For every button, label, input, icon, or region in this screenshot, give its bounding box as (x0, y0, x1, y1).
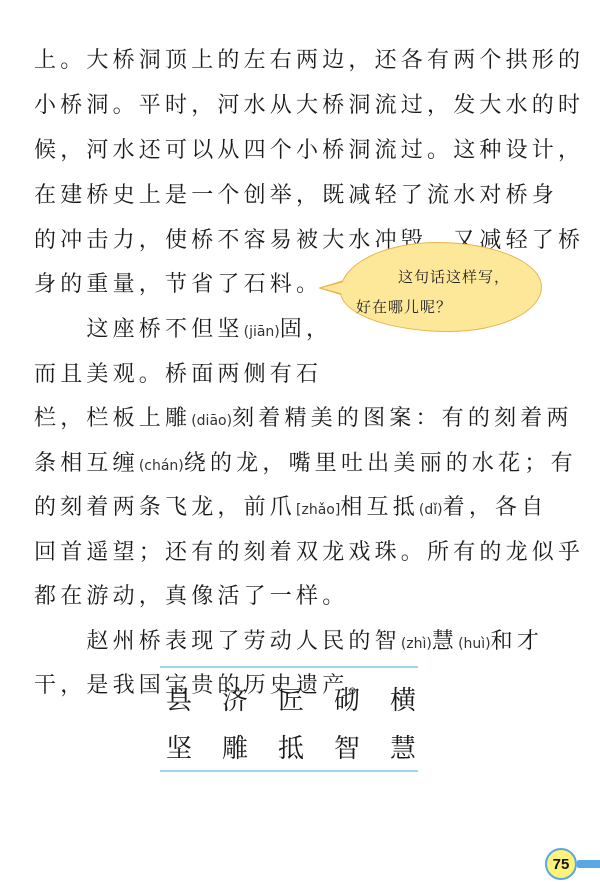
text-line: 条相互缠(chán)绕的龙，嘴里吐出美丽的水花；有 (34, 447, 577, 483)
vocab-char: 济 (222, 680, 248, 717)
pinyin-annotation: (diāo) (191, 413, 232, 429)
text-segment: 固， (280, 317, 332, 342)
vocab-char: 雕 (222, 728, 248, 765)
text-line: 候，河水还可以从四个小桥洞流过。这种设计， (34, 134, 584, 168)
page-number-badge: 75 (545, 848, 577, 880)
pinyin-annotation: (zhì) (401, 636, 432, 652)
page-number-tab (577, 860, 600, 868)
speech-bubble (340, 242, 542, 332)
text-line: 回首遥望；还有的刻着双龙戏珠。所有的龙似乎 (34, 536, 584, 570)
text-segment: 刻着精美的图案：有的刻着两 (232, 406, 573, 431)
text-segment: 赵州桥表现了劳动人民的智 (34, 629, 401, 654)
pinyin-annotation: (jiān) (244, 324, 280, 340)
vocab-bottom-rule (160, 770, 418, 772)
vocab-char: 县 (166, 680, 192, 717)
vocab-char: 砌 (334, 680, 360, 717)
pinyin-annotation: (chán) (139, 458, 184, 474)
vocab-char: 慧 (390, 728, 416, 765)
text-line: 这座桥不但坚(jiān)固， (34, 313, 332, 349)
text-segment: 条相互缠 (34, 451, 139, 476)
text-line: 小桥洞。平时，河水从大桥洞流过，发大水的时 (34, 89, 584, 123)
vocab-char: 匠 (278, 680, 304, 717)
vocab-top-rule (160, 666, 418, 668)
text-segment: 这座桥不但坚 (34, 317, 244, 342)
text-segment: 绕的龙，嘴里吐出美丽的水花；有 (184, 451, 577, 476)
vocab-row-2: 坚 雕 抵 智 慧 (166, 728, 416, 765)
vocab-char: 坚 (166, 728, 192, 765)
text-segment: 相互抵 (340, 495, 419, 520)
text-line: 上。大桥洞顶上的左右两边，还各有两个拱形的 (34, 44, 584, 78)
text-segment: 和才 (491, 629, 543, 654)
pinyin-annotation: (dǐ) (419, 502, 443, 518)
vocab-char: 抵 (278, 728, 304, 765)
text-line: 身的重量，节省了石料。 (34, 268, 322, 302)
text-line: 而且美观。桥面两侧有石 (34, 358, 322, 392)
text-line: 都在游动，真像活了一样。 (34, 580, 348, 614)
textbook-page: 上。大桥洞顶上的左右两边，还各有两个拱形的 小桥洞。平时，河水从大桥洞流过，发大… (0, 0, 600, 896)
pinyin-annotation: (huì) (458, 636, 491, 652)
bubble-question-line2: 好在哪儿呢？ (356, 296, 452, 317)
text-line: 在建桥史上是一个创举，既减轻了流水对桥身 (34, 179, 558, 213)
text-segment: 的刻着两条飞龙，前爪 (34, 495, 296, 520)
text-line: 的刻着两条飞龙，前爪[zhǎo]相互抵(dǐ)着，各自 (34, 491, 547, 527)
bubble-question-line1: 这句话这样写， (398, 266, 510, 287)
vocab-char: 横 (390, 680, 416, 717)
text-line: 栏，栏板上雕(diāo)刻着精美的图案：有的刻着两 (34, 402, 573, 438)
text-line: 赵州桥表现了劳动人民的智(zhì)慧(huì)和才 (34, 625, 543, 661)
pinyin-annotation: [zhǎo] (296, 502, 340, 518)
vocab-char: 智 (334, 728, 360, 765)
speech-bubble-tail-fill (322, 282, 344, 294)
text-segment: 着，各自 (443, 495, 548, 520)
text-segment: 栏，栏板上雕 (34, 406, 191, 431)
vocab-row-1: 县 济 匠 砌 横 (166, 680, 416, 717)
text-segment: 慧 (432, 629, 458, 654)
